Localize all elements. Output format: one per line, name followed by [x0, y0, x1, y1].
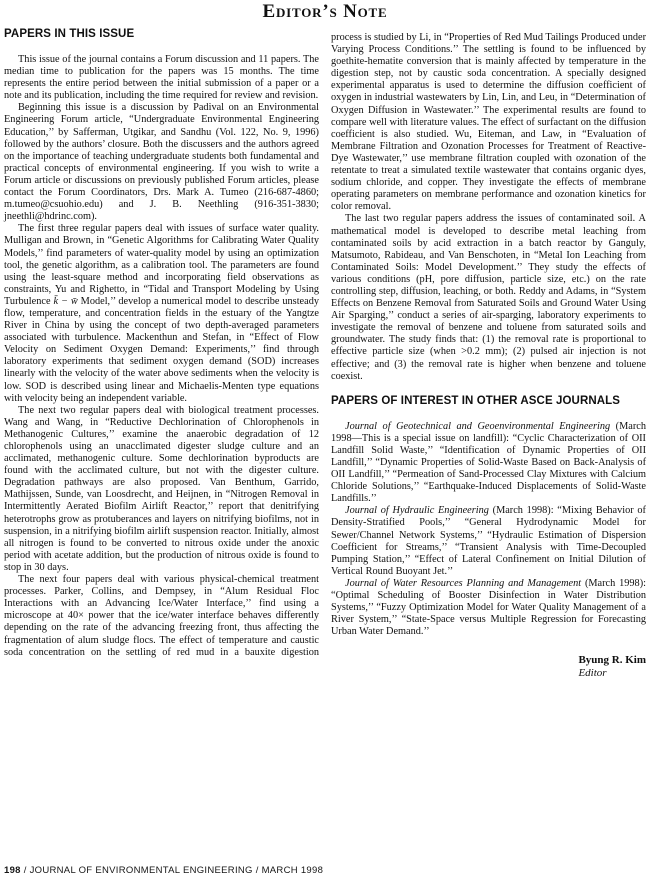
footer-journal-line: / JOURNAL OF ENVIRONMENTAL ENGINEERING /…	[21, 865, 323, 876]
two-column-body: PAPERS IN THIS ISSUE This issue of the j…	[4, 28, 646, 680]
right-column: process is studied by Li, in “Properties…	[331, 28, 646, 680]
section-heading-papers-in-this-issue: PAPERS IN THIS ISSUE	[4, 28, 319, 40]
journal-page: { "page_title": "Editor\u2019s Note", "l…	[0, 0, 650, 888]
footer-page-number: 198	[4, 865, 21, 876]
paragraph: The first three regular papers deal with…	[4, 223, 319, 404]
paragraph: Beginning this issue is a discussion by …	[4, 102, 319, 223]
signature-role: Editor	[578, 667, 646, 680]
page-title: Editor’s Note	[0, 1, 650, 23]
left-column: PAPERS IN THIS ISSUE This issue of the j…	[4, 28, 319, 659]
paragraph: The next two regular papers deal with bi…	[4, 405, 319, 574]
paragraph: process is studied by Li, in “Properties…	[331, 32, 646, 213]
paragraph: The last two regular papers address the …	[331, 213, 646, 382]
papers-in-this-issue-continued-text: process is studied by Li, in “Properties…	[331, 32, 646, 383]
paragraph: Journal of Water Resources Planning and …	[331, 578, 646, 638]
page-footer: 198 / JOURNAL OF ENVIRONMENTAL ENGINEERI…	[4, 865, 323, 876]
paragraph: The next four papers deal with various p…	[4, 574, 319, 659]
paragraph: Journal of Hydraulic Engineering (March …	[331, 505, 646, 578]
paragraph: Journal of Geotechnical and Geoenvironme…	[331, 421, 646, 506]
signature-name: Byung R. Kim	[578, 654, 646, 667]
signature-block: Byung R. Kim Editor	[578, 654, 646, 680]
other-asce-journals-text: Journal of Geotechnical and Geoenvironme…	[331, 421, 646, 639]
paragraph: This issue of the journal contains a For…	[4, 54, 319, 102]
section-heading-papers-of-interest: PAPERS OF INTEREST IN OTHER ASCE JOURNAL…	[331, 395, 646, 407]
papers-in-this-issue-text: This issue of the journal contains a For…	[4, 54, 319, 659]
